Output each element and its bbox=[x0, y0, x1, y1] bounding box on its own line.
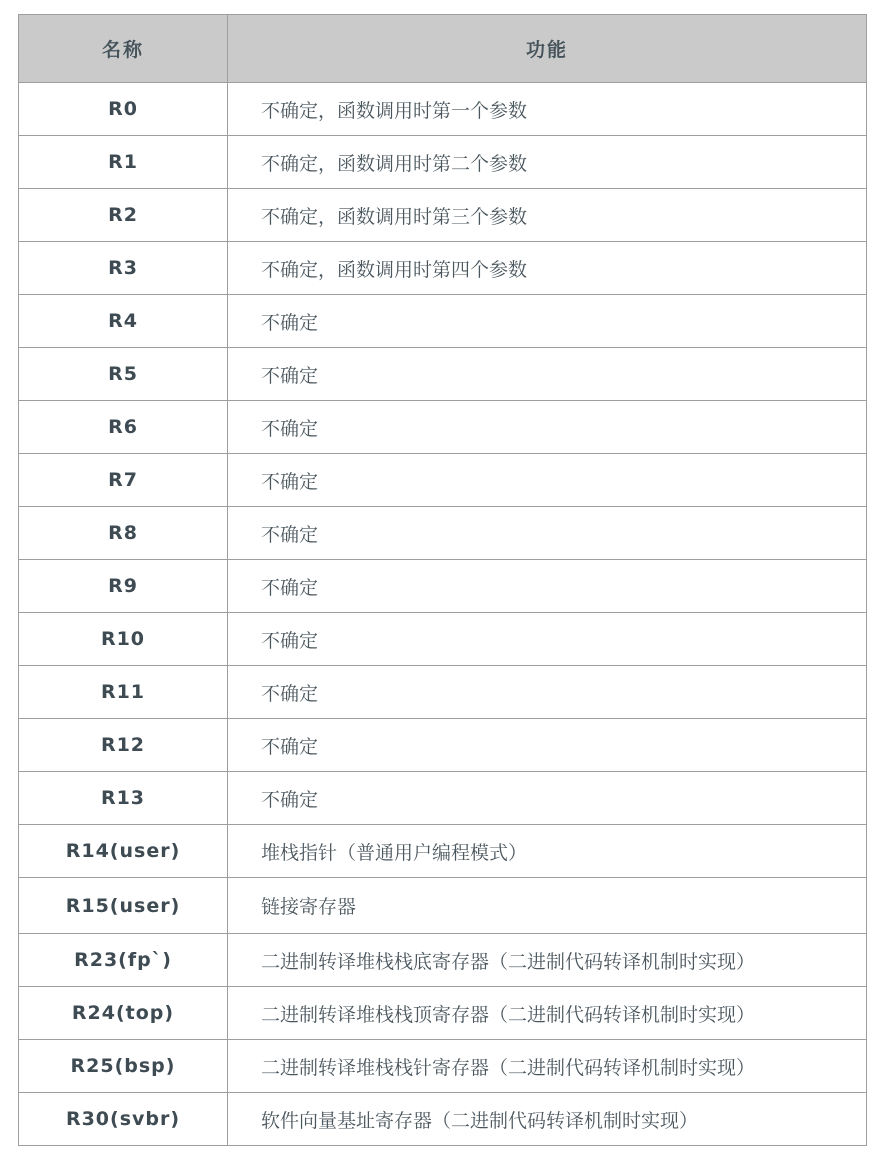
register-function: 不确定 bbox=[228, 454, 867, 507]
register-name: R25(bsp) bbox=[19, 1040, 228, 1093]
register-name: R10 bbox=[19, 613, 228, 666]
register-name: R6 bbox=[19, 401, 228, 454]
table-row: R4 不确定 bbox=[19, 295, 867, 348]
register-name: R30(svbr) bbox=[19, 1093, 228, 1146]
register-name: R24(top) bbox=[19, 987, 228, 1040]
register-name: R1 bbox=[19, 136, 228, 189]
register-function: 不确定 bbox=[228, 772, 867, 825]
register-function: 二进制转译堆栈栈顶寄存器（二进制代码转译机制时实现） bbox=[228, 987, 867, 1040]
register-function: 不确定 bbox=[228, 348, 867, 401]
register-function: 不确定 bbox=[228, 295, 867, 348]
register-name: R15(user) bbox=[19, 878, 228, 934]
register-function: 不确定，函数调用时第一个参数 bbox=[228, 83, 867, 136]
table-row: R25(bsp) 二进制转译堆栈栈针寄存器（二进制代码转译机制时实现） bbox=[19, 1040, 867, 1093]
table-row: R1 不确定，函数调用时第二个参数 bbox=[19, 136, 867, 189]
register-name: R0 bbox=[19, 83, 228, 136]
table-row: R12 不确定 bbox=[19, 719, 867, 772]
register-function: 二进制转译堆栈栈针寄存器（二进制代码转译机制时实现） bbox=[228, 1040, 867, 1093]
register-name: R2 bbox=[19, 189, 228, 242]
register-name: R12 bbox=[19, 719, 228, 772]
register-function: 堆栈指针（普通用户编程模式） bbox=[228, 825, 867, 878]
register-function: 不确定 bbox=[228, 507, 867, 560]
table-row: R15(user) 链接寄存器 bbox=[19, 878, 867, 934]
register-function: 不确定 bbox=[228, 401, 867, 454]
register-table-container: 名称 功能 R0 不确定，函数调用时第一个参数 R1 不确定，函数调用时第二个参… bbox=[18, 14, 866, 1146]
table-header: 名称 功能 bbox=[19, 15, 867, 83]
table-row: R3 不确定，函数调用时第四个参数 bbox=[19, 242, 867, 295]
register-name: R23(fp`) bbox=[19, 934, 228, 987]
table-row: R9 不确定 bbox=[19, 560, 867, 613]
register-function: 二进制转译堆栈栈底寄存器（二进制代码转译机制时实现） bbox=[228, 934, 867, 987]
register-name: R5 bbox=[19, 348, 228, 401]
register-function: 不确定，函数调用时第二个参数 bbox=[228, 136, 867, 189]
header-name: 名称 bbox=[19, 15, 228, 83]
register-function: 链接寄存器 bbox=[228, 878, 867, 934]
header-function: 功能 bbox=[228, 15, 867, 83]
register-name: R14(user) bbox=[19, 825, 228, 878]
register-name: R3 bbox=[19, 242, 228, 295]
table-row: R14(user) 堆栈指针（普通用户编程模式） bbox=[19, 825, 867, 878]
register-function: 不确定 bbox=[228, 719, 867, 772]
table-row: R30(svbr) 软件向量基址寄存器（二进制代码转译机制时实现） bbox=[19, 1093, 867, 1146]
register-function: 不确定，函数调用时第三个参数 bbox=[228, 189, 867, 242]
table-row: R13 不确定 bbox=[19, 772, 867, 825]
header-row: 名称 功能 bbox=[19, 15, 867, 83]
table-row: R5 不确定 bbox=[19, 348, 867, 401]
table-row: R0 不确定，函数调用时第一个参数 bbox=[19, 83, 867, 136]
table-row: R8 不确定 bbox=[19, 507, 867, 560]
register-name: R4 bbox=[19, 295, 228, 348]
register-function: 不确定 bbox=[228, 560, 867, 613]
register-name: R7 bbox=[19, 454, 228, 507]
table-row: R11 不确定 bbox=[19, 666, 867, 719]
register-table: 名称 功能 R0 不确定，函数调用时第一个参数 R1 不确定，函数调用时第二个参… bbox=[18, 14, 867, 1146]
register-name: R11 bbox=[19, 666, 228, 719]
table-body: R0 不确定，函数调用时第一个参数 R1 不确定，函数调用时第二个参数 R2 不… bbox=[19, 83, 867, 1146]
register-name: R8 bbox=[19, 507, 228, 560]
table-row: R23(fp`) 二进制转译堆栈栈底寄存器（二进制代码转译机制时实现） bbox=[19, 934, 867, 987]
table-row: R2 不确定，函数调用时第三个参数 bbox=[19, 189, 867, 242]
table-row: R6 不确定 bbox=[19, 401, 867, 454]
register-function: 不确定，函数调用时第四个参数 bbox=[228, 242, 867, 295]
table-row: R24(top) 二进制转译堆栈栈顶寄存器（二进制代码转译机制时实现） bbox=[19, 987, 867, 1040]
register-function: 软件向量基址寄存器（二进制代码转译机制时实现） bbox=[228, 1093, 867, 1146]
table-row: R10 不确定 bbox=[19, 613, 867, 666]
table-row: R7 不确定 bbox=[19, 454, 867, 507]
register-function: 不确定 bbox=[228, 666, 867, 719]
register-name: R9 bbox=[19, 560, 228, 613]
register-function: 不确定 bbox=[228, 613, 867, 666]
register-name: R13 bbox=[19, 772, 228, 825]
